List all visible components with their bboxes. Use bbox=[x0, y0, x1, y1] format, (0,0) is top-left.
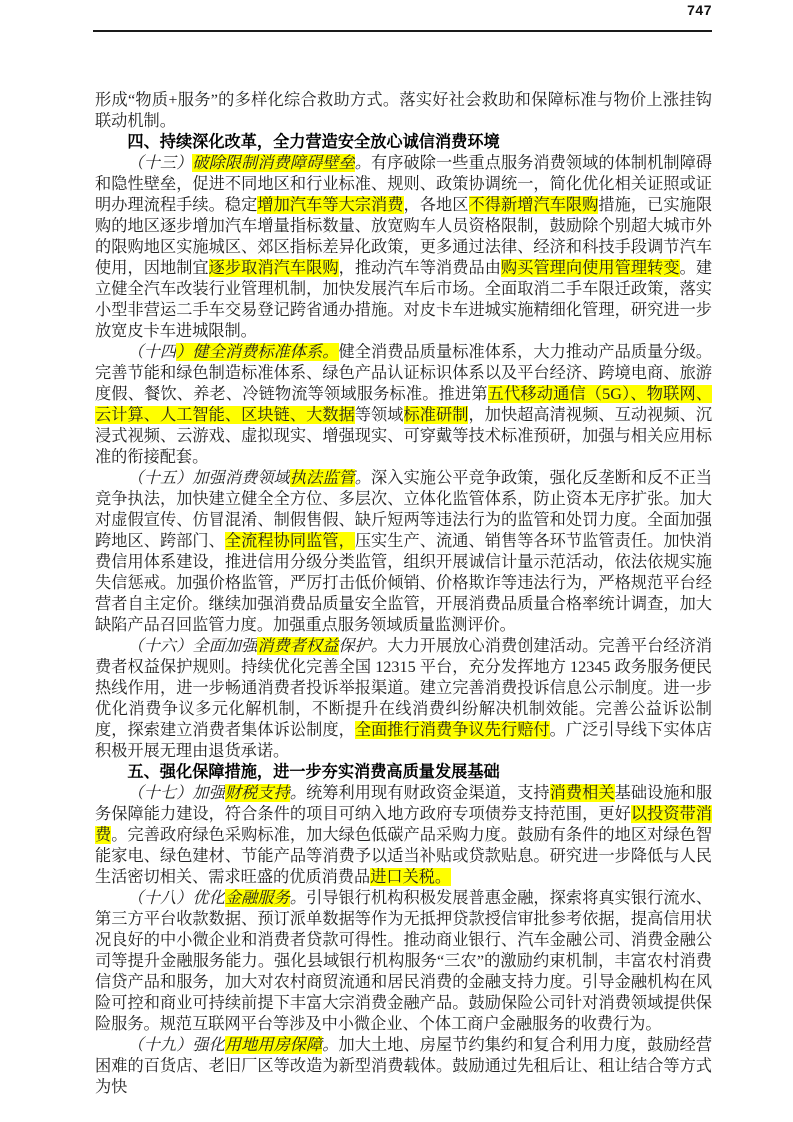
item-17: （十七）加强财税支持。统筹利用现有财政资金渠道，支持消费相关基础设施和服务保障能… bbox=[95, 783, 712, 888]
highlighted-text: 标准研制 bbox=[404, 406, 469, 424]
text-run: 保护。 bbox=[339, 637, 388, 655]
text-run: （十七）加强 bbox=[127, 784, 224, 802]
text-run: 。 bbox=[355, 469, 371, 487]
text-run: 。 bbox=[322, 1036, 338, 1054]
text-run: （十五）加强消费领域 bbox=[127, 469, 289, 487]
text-run: 。 bbox=[355, 154, 371, 172]
item-14: （十四）健全消费标准体系。健全消费品质量标准体系，大力推动产品质量分级。完善节能… bbox=[95, 342, 712, 468]
highlighted-text: 全面推行消费争议先行赔付 bbox=[355, 721, 550, 739]
highlighted-text: 消费相关 bbox=[550, 784, 615, 802]
item-18: （十八）优化金融服务。引导银行机构积极发展普惠金融，探索将真实银行流水、第三方平… bbox=[95, 888, 712, 1035]
document-page: 747 形成“物质+服务”的多样化综合救助方式。落实好社会救助和保障标准与物价上… bbox=[0, 0, 793, 1122]
text-run: 统筹利用现有财政资金渠道，支持 bbox=[306, 784, 550, 802]
text-run: ，推动汽车等消费品由 bbox=[339, 259, 501, 277]
text-run: 。 bbox=[290, 784, 306, 802]
highlighted-text: 金融服务 bbox=[225, 889, 290, 907]
text-run: 等领域 bbox=[355, 406, 404, 424]
document-body: 形成“物质+服务”的多样化综合救助方式。落实好社会救助和保障标准与物价上涨挂钩联… bbox=[95, 90, 712, 1098]
text-run: 引导银行机构积极发展普惠金融，探索将真实银行流水、第三方平台收款数据、预订派单数… bbox=[95, 889, 712, 1033]
page-number: 747 bbox=[687, 2, 712, 18]
highlighted-text: 增加汽车等大宗消费 bbox=[257, 196, 403, 214]
text-run: （十九）强化 bbox=[127, 1036, 224, 1054]
para-continuation: 形成“物质+服务”的多样化综合救助方式。落实好社会救助和保障标准与物价上涨挂钩联… bbox=[95, 90, 712, 132]
highlighted-text: 购买管理向使用管理转变 bbox=[501, 259, 680, 277]
heading-section-4: 四、持续深化改革，全力营造安全放心诚信消费环境 bbox=[95, 132, 712, 153]
text-run: （十六）全面加强 bbox=[127, 637, 257, 655]
item-19: （十九）强化用地用房保障。加大土地、房屋节约集约和复合利用力度，鼓励经营困难的百… bbox=[95, 1035, 712, 1098]
highlighted-text: ）健全消费标准体系。 bbox=[176, 343, 338, 361]
highlighted-text: 消费者权益 bbox=[257, 637, 338, 655]
text-run: 四、持续深化改革，全力营造安全放心诚信消费环境 bbox=[127, 133, 499, 151]
heading-section-5: 五、强化保障措施，进一步夯实消费高质量发展基础 bbox=[95, 762, 712, 783]
item-16: （十六）全面加强消费者权益保护。大力开展放心消费创建活动。完善平台经济消费者权益… bbox=[95, 636, 712, 762]
item-13: （十三）破除限制消费障碍壁垒。有序破除一些重点服务消费领域的体制机制障碍和隐性壁… bbox=[95, 153, 712, 342]
item-15: （十五）加强消费领域执法监管。深入实施公平竞争政策，强化反垄断和反不正当竞争执法… bbox=[95, 468, 712, 636]
header-rule bbox=[93, 30, 712, 32]
text-run: （十三） bbox=[127, 154, 192, 172]
highlighted-text: 用地用房保障 bbox=[225, 1036, 322, 1054]
text-run: 形成“物质+服务”的多样化综合救助方式。落实好社会救助和保障标准与物价上涨挂钩联… bbox=[95, 91, 712, 130]
highlighted-text: 破除限制消费障碍壁垒 bbox=[192, 154, 354, 172]
text-run: 五、强化保障措施，进一步夯实消费高质量发展基础 bbox=[127, 763, 499, 781]
text-run: （十八）优化 bbox=[127, 889, 224, 907]
text-run: ，各地区 bbox=[404, 196, 469, 214]
highlighted-text: 进口关税。 bbox=[370, 868, 451, 886]
highlighted-text: 财税支持 bbox=[225, 784, 290, 802]
highlighted-text: 执法监管 bbox=[290, 469, 355, 487]
highlighted-text: 不得新增汽车限购 bbox=[469, 196, 599, 214]
highlighted-text: 全流程协同监管， bbox=[225, 532, 355, 550]
text-run: （十四 bbox=[127, 343, 176, 361]
text-run: 。 bbox=[290, 889, 306, 907]
highlighted-text: 逐步取消汽车限购 bbox=[209, 259, 339, 277]
